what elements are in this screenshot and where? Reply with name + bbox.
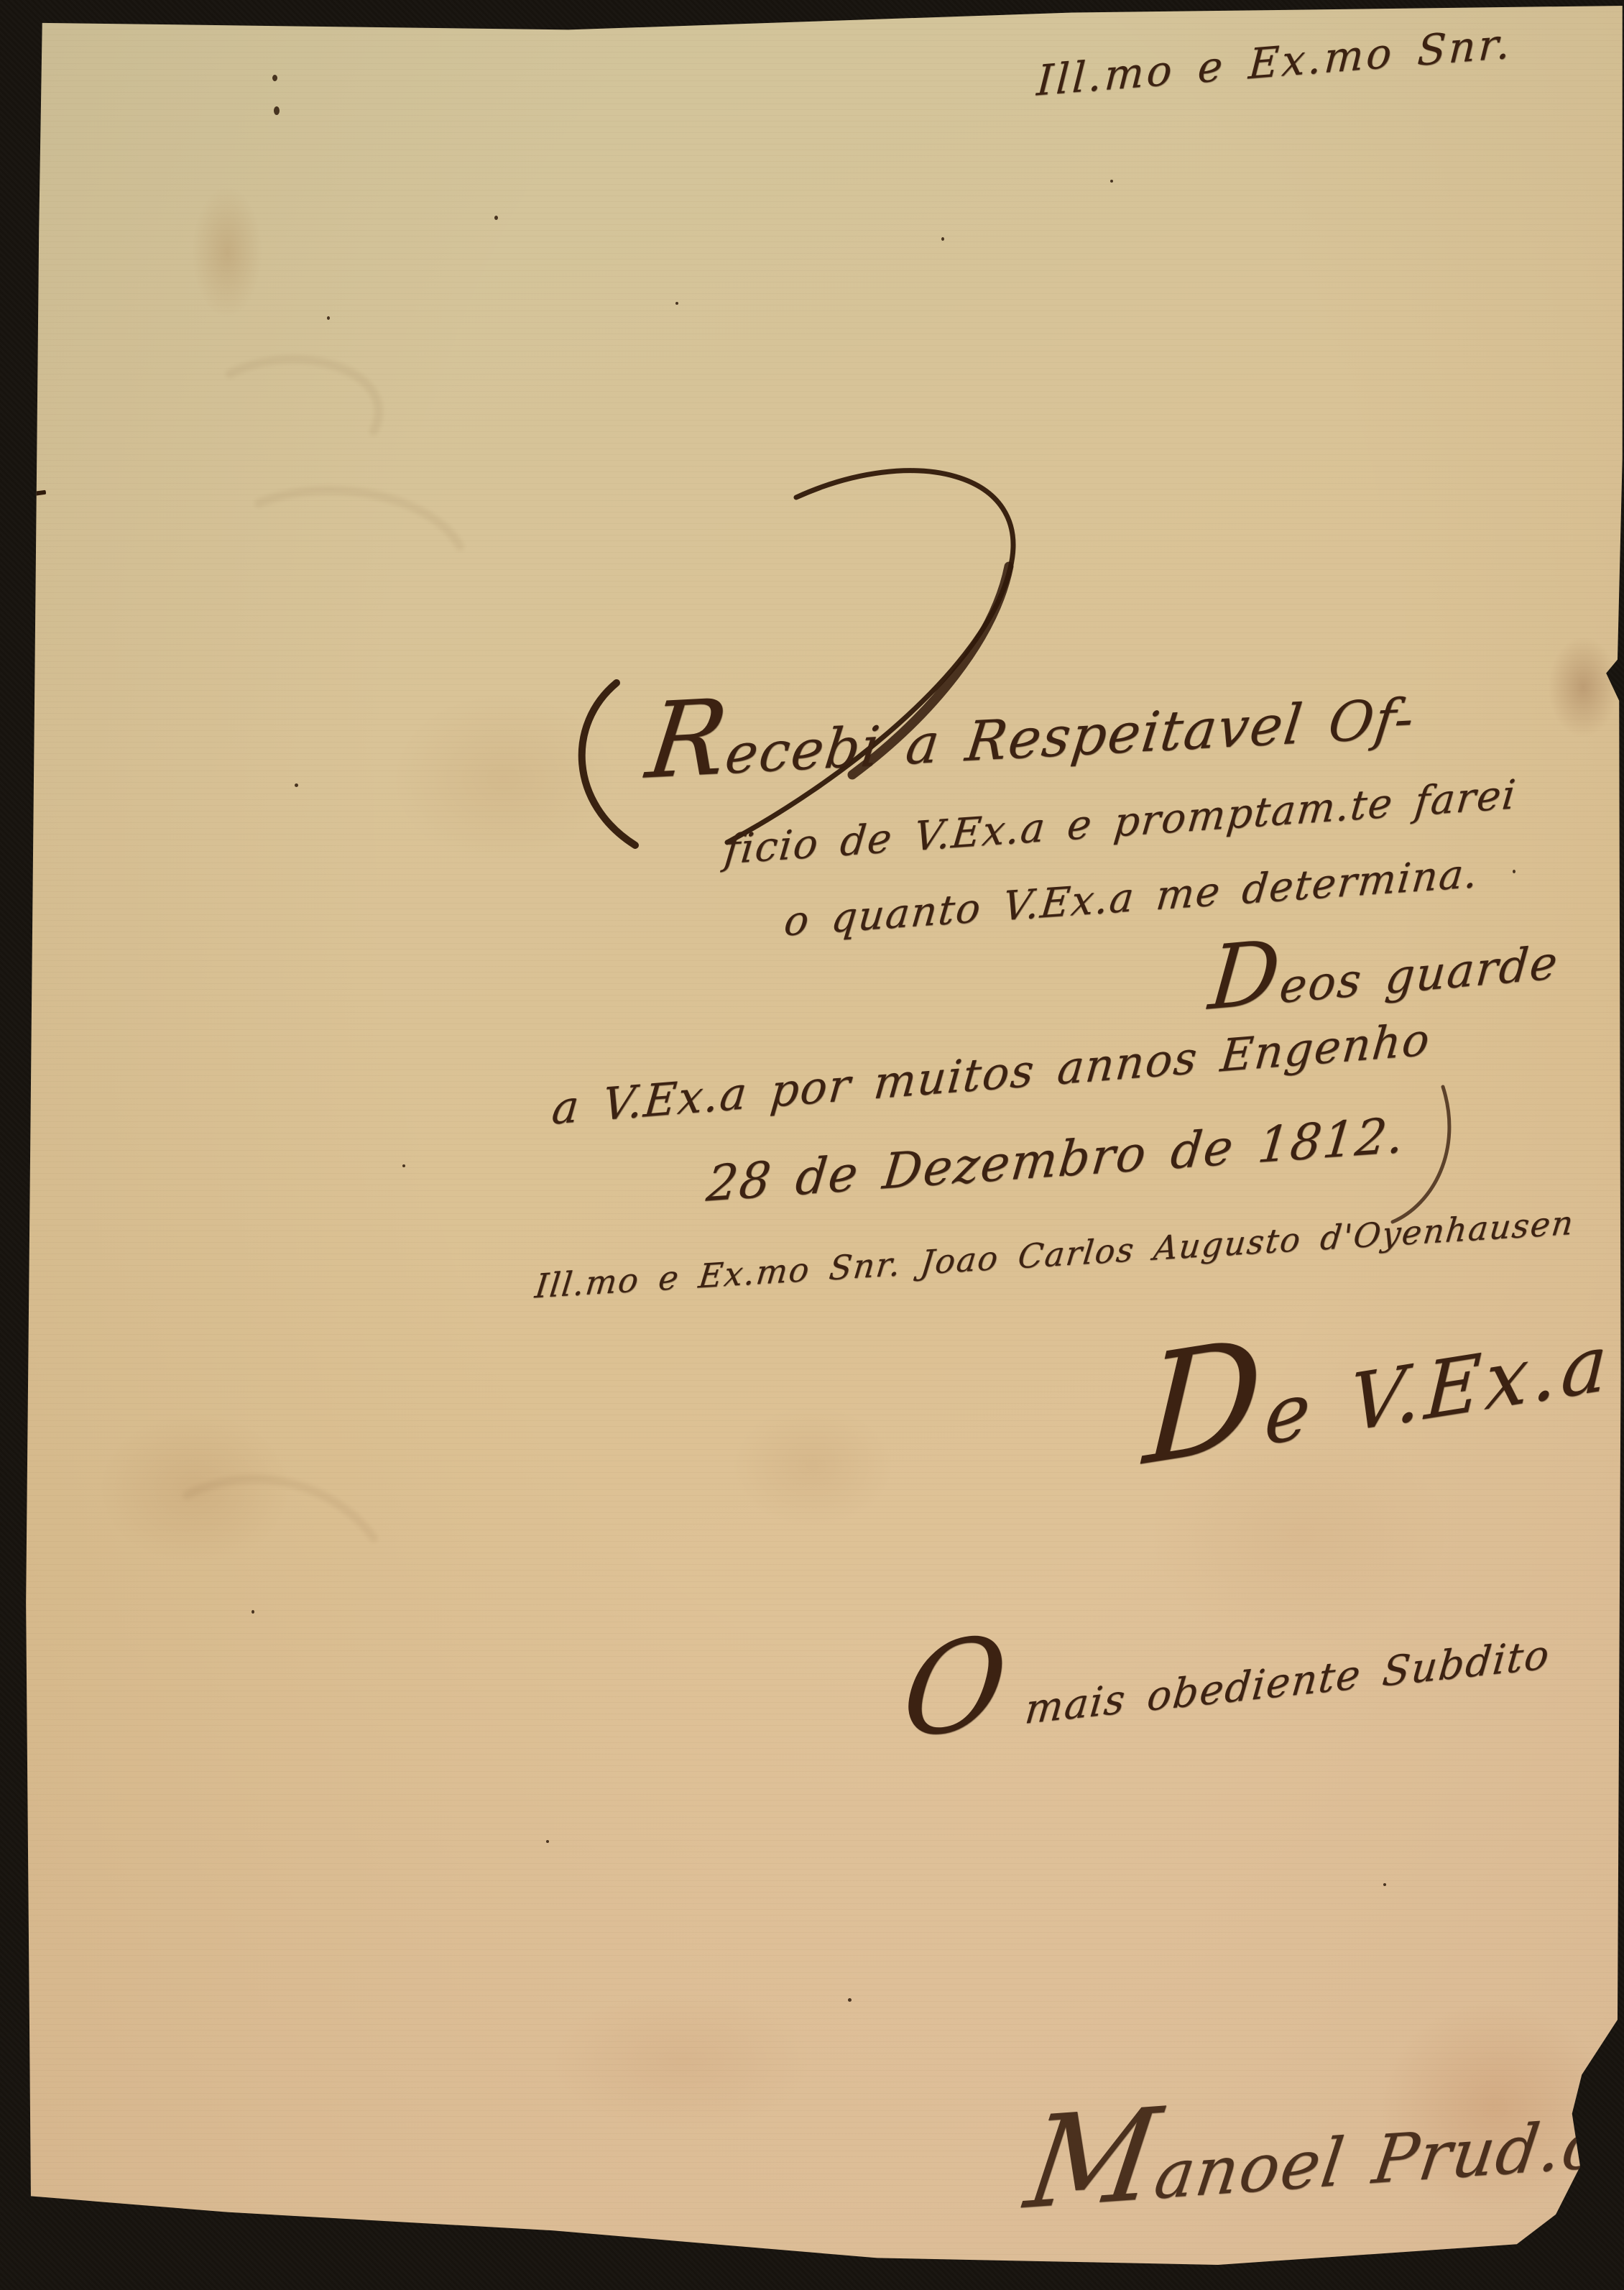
ink-speck (272, 75, 277, 81)
ink-speck (675, 302, 678, 305)
ink-speck (1513, 870, 1515, 873)
ink-speck (274, 106, 280, 115)
ink-speck (327, 316, 330, 320)
ink-speck (1110, 180, 1113, 183)
ink-speck (848, 1998, 852, 2002)
ink-speck (1383, 1883, 1386, 1886)
bleedthrough-mark (187, 359, 460, 1538)
ink-speck (546, 1840, 549, 1843)
ink-speck (494, 216, 498, 220)
r-flourish-hook (582, 683, 635, 845)
ink-speck (295, 783, 298, 787)
ink-speck (941, 237, 944, 241)
ink-speck (252, 1610, 254, 1614)
ink-speck (402, 1164, 405, 1167)
photograph-background: { "page": { "background_color": "#17130e… (0, 0, 1624, 2290)
manuscript-paper-sheet: Ill.mo e Ex.mo Snr. Recebi a Respeitavel… (0, 0, 1624, 2290)
